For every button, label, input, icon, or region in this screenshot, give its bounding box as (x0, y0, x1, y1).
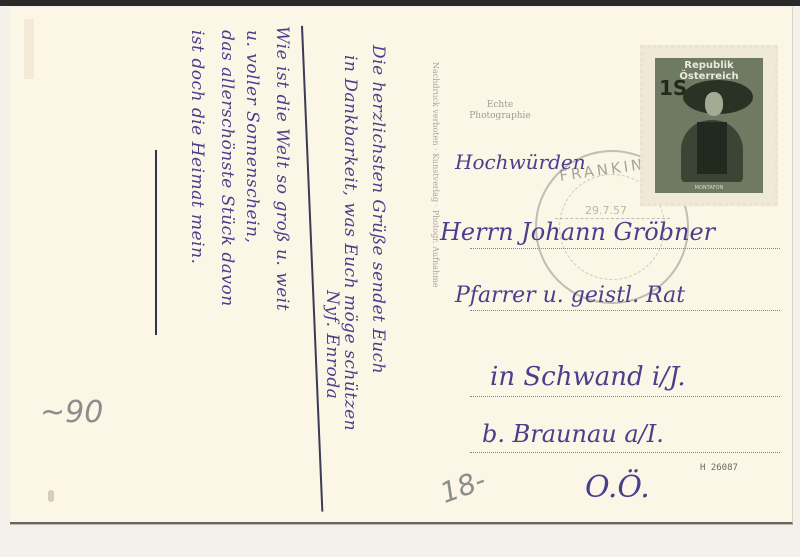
pencil-note-left: ~90 (40, 395, 103, 430)
address-line-1: Hochwürden (455, 150, 586, 174)
signature: Nyf. Enroda (322, 290, 342, 399)
ink-rule-line (155, 150, 157, 335)
postmark-date: 29.7.57 (585, 204, 627, 217)
address-line-2: Herrn Johann Gröbner (440, 218, 715, 246)
address-line-5: b. Braunau a/I. (482, 420, 664, 448)
address-dotted-line (470, 248, 780, 249)
print-number: H 26087 (700, 463, 738, 473)
publisher-line: Echte Photographie (460, 100, 540, 122)
address-dotted-line (470, 396, 780, 397)
address-line-3: Pfarrer u. geistl. Rat (455, 283, 685, 308)
message-line-1: Wie ist die Welt so groß u. weit (272, 26, 292, 311)
paper-smudge (48, 490, 54, 502)
greeting-line-2: in Dankbarkeit, was Euch möge schützen (340, 55, 360, 431)
greeting-line-1: Die herzlichsten Grüße sendet Euch (368, 45, 388, 374)
postage-stamp: Republik Österreich 1S MONTAFON (640, 45, 778, 206)
side-imprint: Nachdruck verboten · Kunstverlag · Photo… (431, 62, 440, 288)
message-line-2: u. voller Sonnenschein, (242, 30, 262, 243)
address-line-4: in Schwand i/J. (490, 362, 686, 392)
message-line-4: ist doch die Heimat mein. (187, 30, 207, 264)
stamp-costume-woman-icon: Republik Österreich 1S MONTAFON (655, 58, 763, 193)
scan-top-edge (0, 0, 800, 6)
message-line-3: das allerschönste Stück davon (217, 30, 237, 307)
address-dotted-line (470, 310, 780, 311)
address-line-6: O.Ö. (585, 470, 650, 505)
address-dotted-line (470, 452, 780, 453)
paper-stain (24, 19, 34, 79)
stamp-bodice-shape (697, 122, 727, 174)
stamp-face-shape (705, 92, 723, 116)
stamp-caption: MONTAFON (655, 185, 763, 191)
